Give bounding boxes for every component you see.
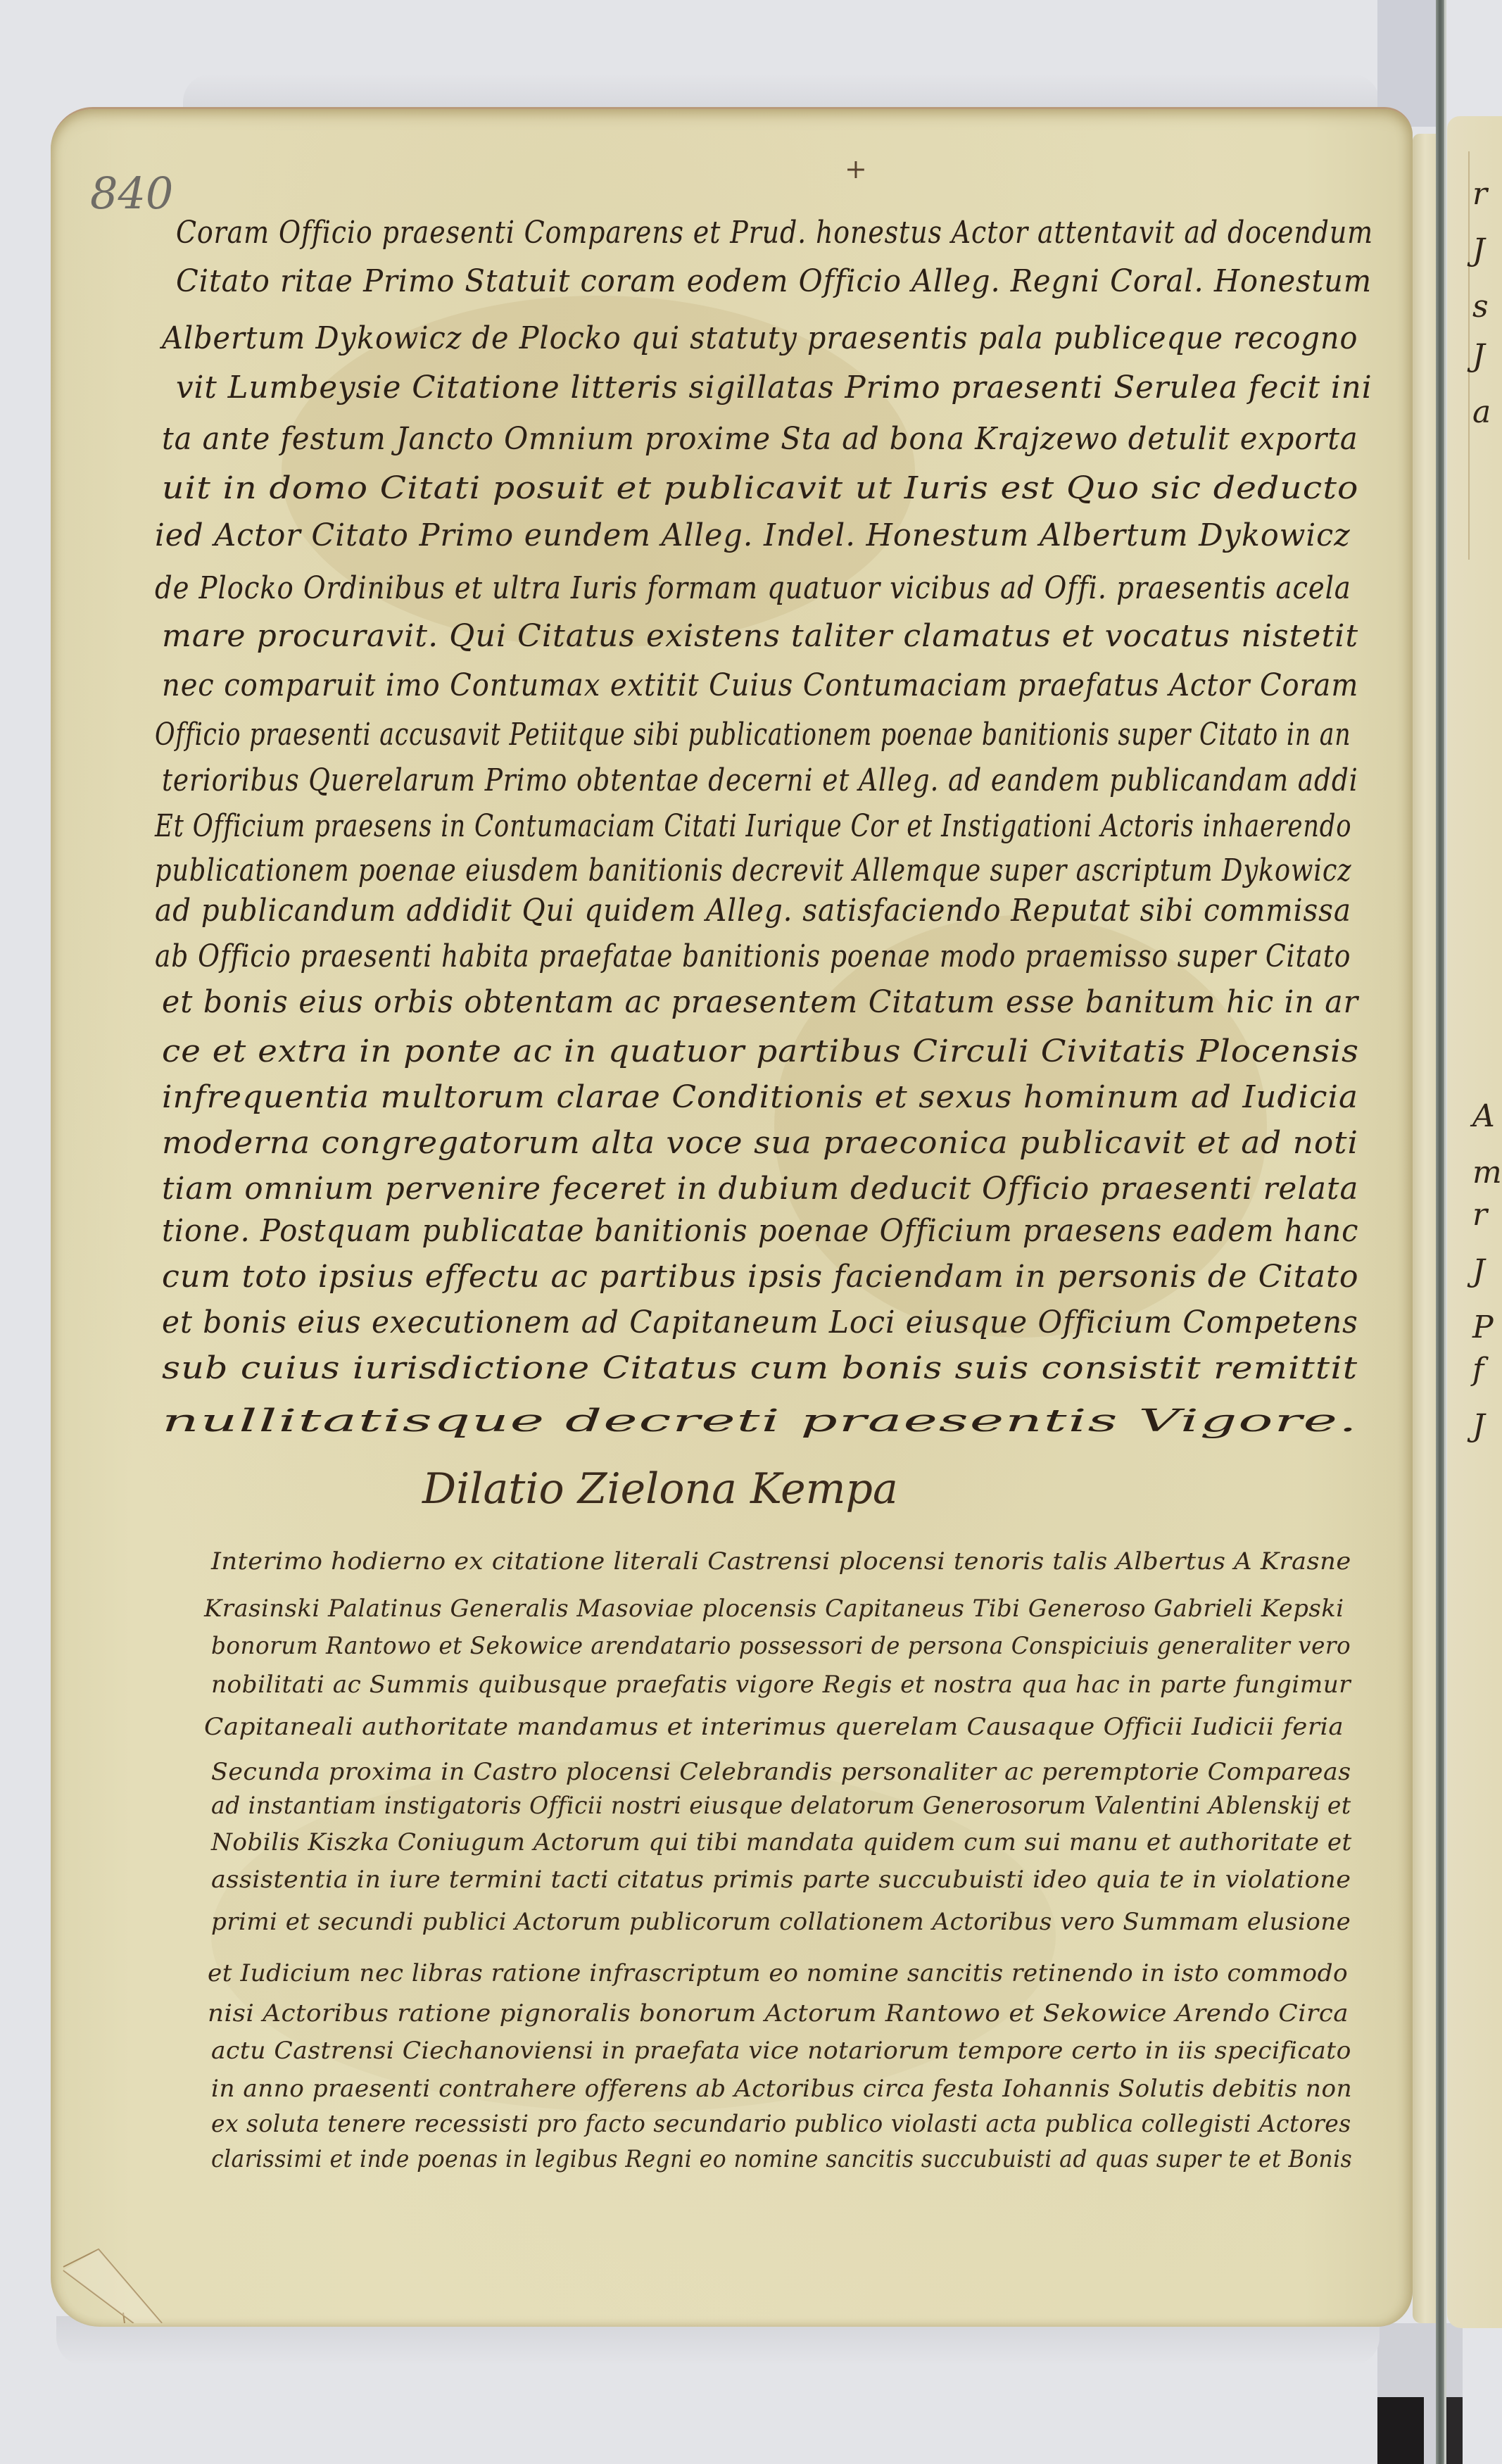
facing-page-text: s bbox=[1472, 289, 1489, 325]
facing-page-text: J bbox=[1472, 1253, 1485, 1289]
lower-entry-line: in anno praesenti contrahere offerens ab… bbox=[211, 2075, 1352, 2103]
facing-page-text: m bbox=[1472, 1155, 1502, 1190]
entry-heading: Dilatio Zielona Kempa bbox=[422, 1464, 898, 1514]
facing-page-text: P bbox=[1472, 1309, 1494, 1345]
upper-entry-line: sub cuius iurisdictione Citatus cum boni… bbox=[162, 1350, 1358, 1386]
lower-entry-line: ex soluta tenere recessisti pro facto se… bbox=[211, 2110, 1351, 2138]
upper-entry-line: Coram Officio praesenti Comparens et Pru… bbox=[176, 215, 1373, 251]
facing-page-text: A bbox=[1472, 1098, 1495, 1134]
upper-entry-line: de Plocko Ordinibus et ultra Iuris forma… bbox=[155, 570, 1351, 606]
facing-page-text: J bbox=[1472, 232, 1485, 268]
upper-entry-line: et bonis eius orbis obtentam ac praesent… bbox=[162, 984, 1358, 1020]
lower-entry-line: assistentia in iure termini tacti citatu… bbox=[211, 1866, 1351, 1894]
lower-entry-line: clarissimi et inde poenas in legibus Reg… bbox=[211, 2145, 1352, 2173]
upper-entry-line: tione. Postquam publicatae banitionis po… bbox=[162, 1213, 1359, 1249]
corner-repair-fold bbox=[60, 2239, 165, 2323]
upper-entry-line: vit Lumbeysie Citatione litteris sigilla… bbox=[176, 370, 1372, 406]
glass-rod-highlight bbox=[1444, 0, 1446, 2464]
upper-entry-line: nec comparuit imo Contumax extitit Cuius… bbox=[162, 667, 1358, 703]
facing-page-text: r bbox=[1472, 1197, 1487, 1233]
upper-entry-line: ta ante festum Jancto Omnium proxime Sta… bbox=[162, 421, 1358, 457]
upper-entry-line: infrequentia multorum clarae Conditionis… bbox=[162, 1079, 1358, 1115]
facing-page-text: r bbox=[1472, 176, 1487, 212]
scanner-black-block-left bbox=[1377, 2397, 1424, 2464]
facing-page-text: f bbox=[1472, 1352, 1484, 1388]
facing-page-text: a bbox=[1472, 394, 1491, 430]
upper-entry-line: moderna congregatorum alta voce sua prae… bbox=[162, 1125, 1358, 1161]
facing-page-crease bbox=[1468, 151, 1470, 560]
upper-entry-line: tiam omnium pervenire feceret in dubium … bbox=[162, 1171, 1358, 1207]
lower-entry-line: et Iudicium nec libras ratione infrascri… bbox=[208, 1959, 1348, 1987]
upper-entry-line: cum toto ipsius effectu ac partibus ipsi… bbox=[162, 1259, 1359, 1295]
lower-entry-line: Interimo hodierno ex citatione literali … bbox=[211, 1547, 1351, 1576]
upper-entry-line: terioribus Querelarum Primo obtentae dec… bbox=[162, 762, 1358, 798]
page-number: 840 bbox=[90, 168, 173, 219]
upper-entry-line: ce et extra in ponte ac in quatuor parti… bbox=[162, 1033, 1359, 1069]
page-gutter bbox=[1413, 134, 1437, 2323]
lower-entry-line: Nobilis Kiszka Coniugum Actorum qui tibi… bbox=[211, 1828, 1352, 1856]
upper-entry-line: uit in domo Citati posuit et publicavit … bbox=[162, 470, 1359, 506]
lower-entry-line: Secunda proxima in Castro plocensi Celeb… bbox=[211, 1758, 1351, 1786]
lower-entry-line: Capitaneali authoritate mandamus et inte… bbox=[204, 1713, 1344, 1741]
facing-page-text: J bbox=[1472, 1408, 1485, 1444]
upper-entry-line: Citato ritae Primo Statuit coram eodem O… bbox=[176, 263, 1372, 299]
upper-entry-line: ad publicandum addidit Qui quidem Alleg.… bbox=[155, 893, 1351, 929]
upper-entry-line: publicationem poenae eiusdem banitionis … bbox=[155, 853, 1351, 888]
upper-entry-line: nullitatisque decreti praesentis Vigore. bbox=[162, 1403, 1358, 1439]
upper-entry-line: Et Officium praesens in Contumaciam Cita… bbox=[155, 808, 1351, 844]
lower-entry-line: actu Castrensi Ciechanoviensi in praefat… bbox=[211, 2037, 1351, 2065]
lower-entry-line: nisi Actoribus ratione pignoralis bonoru… bbox=[208, 1999, 1349, 2028]
upper-entry-line: Albertum Dykowicz de Plocko qui statuty … bbox=[162, 320, 1358, 356]
lower-entry-line: nobilitati ac Summis quibusque praefatis… bbox=[211, 1671, 1351, 1699]
upper-entry-line: ab Officio praesenti habita praefatae ba… bbox=[155, 938, 1351, 974]
upper-entry-line: et bonis eius executionem ad Capitaneum … bbox=[162, 1305, 1358, 1340]
margin-cross-mark: + bbox=[845, 153, 867, 184]
facing-page-text: J bbox=[1472, 338, 1485, 374]
lower-entry-line: bonorum Rantowo et Sekowice arendatario … bbox=[211, 1632, 1351, 1660]
lower-entry-line: Krasinski Palatinus Generalis Masoviae p… bbox=[204, 1595, 1344, 1623]
upper-entry-line: ied Actor Citato Primo eundem Alleg. Ind… bbox=[155, 517, 1351, 553]
lower-entry-line: ad instantiam instigatoris Officii nostr… bbox=[211, 1792, 1351, 1820]
upper-entry-line: mare procuravit. Qui Citatus existens ta… bbox=[162, 618, 1358, 654]
lower-entry-line: primi et secundi publici Actorum publico… bbox=[211, 1908, 1351, 1936]
upper-entry-line: Officio praesenti accusavit Petiitque si… bbox=[155, 717, 1351, 753]
